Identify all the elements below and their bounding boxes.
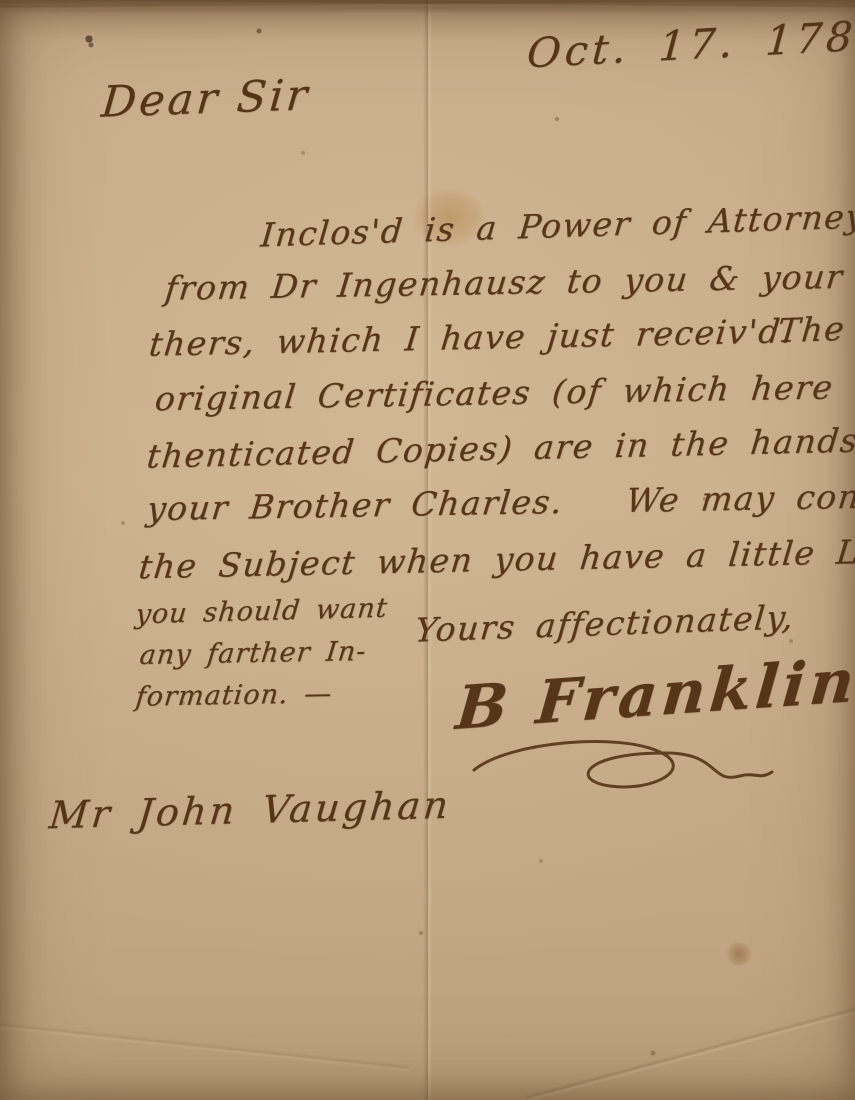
- fold-crease-horizontal-middle: [0, 0, 855, 11]
- letter-line-10: formation. —: [134, 678, 334, 712]
- fold-crease-horizontal-upper: [0, 0, 855, 7]
- fold-crease-horizontal-lower: [0, 0, 855, 11]
- letter-line-3: thers, which I have just receiv'd.: [147, 311, 795, 363]
- letter-line-8: you should want: [134, 593, 389, 631]
- letter-line-7: the Subject when you have a little Leisu…: [137, 529, 855, 587]
- paper-stain-small: [726, 942, 752, 966]
- fold-crease-diagonal-bottom-right: [526, 986, 855, 1100]
- letter-line-6: your Brother Charles. We may confer on: [145, 475, 855, 528]
- paper-stain: [412, 188, 486, 246]
- recipient-name: Mr John Vaughan: [47, 783, 453, 837]
- letter-line-2: from Dr Ingenhausz to you & your Bro-: [163, 255, 855, 308]
- fold-crease-vertical: [423, 0, 432, 1100]
- letter-line-1: Inclos'd is a Power of Attorney: [259, 197, 855, 255]
- letter-date: Oct. 17. 1788: [525, 11, 855, 78]
- letter-line-3-end: The: [776, 309, 847, 350]
- paper-specks: [0, 0, 2, 2]
- signature: B Franklin: [453, 646, 855, 744]
- paper-vignette: [0, 0, 855, 1100]
- letter-line-4: original Certificates (of which here are…: [153, 365, 855, 419]
- salutation: Dear Sir: [99, 70, 312, 127]
- letter-line-9: any farther In-: [138, 636, 368, 671]
- letter-line-5: thenticated Copies) are in the hands of: [145, 419, 855, 475]
- fold-crease-diagonal-bottom-left: [0, 1020, 409, 1073]
- letter-page: Oct. 17. 1788 Dear Sir Inclos'd is a Pow…: [0, 0, 855, 1100]
- paper-edge-shadow: [0, 0, 855, 14]
- signature-flourish-icon: [468, 738, 778, 808]
- closing: Yours affectionately,: [414, 597, 796, 649]
